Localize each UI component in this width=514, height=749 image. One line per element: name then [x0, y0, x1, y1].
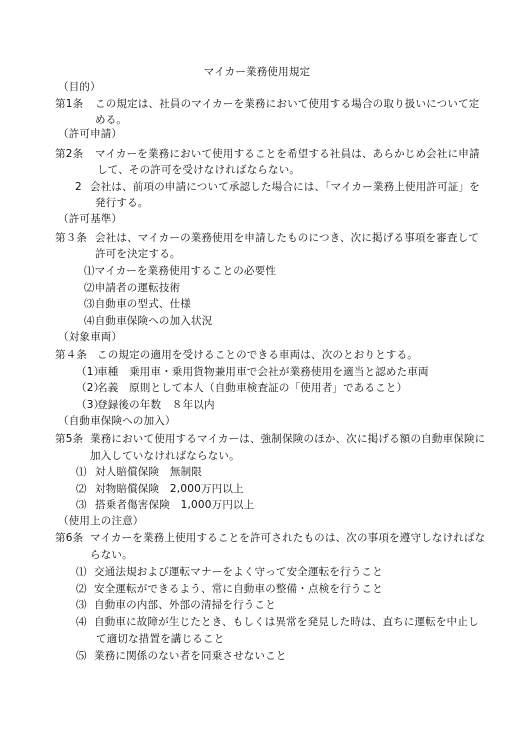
- article-number: 第2条: [55, 147, 83, 161]
- article-number: 第３条: [55, 231, 87, 245]
- article-text: 会社は、マイカーの業務使用を申請したものにつき、次に掲げる事項を審査して: [95, 231, 479, 245]
- list-item: 交通法規および運転マナーをよく守って安全運転を行うこと: [94, 565, 383, 579]
- article-text: らない。: [90, 548, 133, 562]
- list-item-number: ⑴: [76, 565, 87, 579]
- list-item-number: ⑶: [76, 498, 87, 512]
- list-item: 対物賠償保険 2,000万円以上: [95, 482, 244, 496]
- list-item-continuation: て適切な措置を講じること: [96, 632, 224, 646]
- list-item: 業務に関係のない者を同乗させないこと: [94, 649, 287, 663]
- list-item: ⑷自動車保険への加入状況: [84, 314, 212, 328]
- list-item: 搭乗者傷害保険 1,000万円以上: [95, 498, 254, 512]
- list-item: 自動車の内部、外部の清掃を行うこと: [94, 598, 276, 612]
- list-item-number: ⑷: [76, 615, 87, 629]
- list-item: ⑶自動車の型式、仕様: [84, 297, 191, 311]
- list-item-number: ⑶: [76, 598, 87, 612]
- paragraph-text: 発行する。: [95, 196, 149, 210]
- article-number: 第6条: [55, 531, 83, 545]
- article-text: この規定は、社員のマイカーを業務において使用する場合の取り扱いについて定: [95, 97, 479, 111]
- list-item: 安全運転ができるよう、常に自動車の整備・点検を行うこと: [94, 582, 383, 596]
- paragraph-text: 会社は、前項の申請について承認した場合には、「マイカー業務上使用許可証」を: [90, 180, 480, 194]
- article-text: マイカーを業務において使用することを希望する社員は、あらかじめ会社に申請: [95, 147, 480, 161]
- section-heading: （許可基準）: [58, 212, 122, 226]
- article-text: 業務において使用するマイカーは、強制保険のほか、次に掲げる額の自動車保険に: [90, 432, 485, 446]
- list-item-number: ⑸: [76, 649, 87, 663]
- section-heading: （許可申請）: [58, 127, 122, 141]
- list-item-number: ⑵: [76, 482, 87, 496]
- list-item-number: ⑵: [76, 582, 87, 596]
- section-heading: （目的）: [58, 80, 101, 94]
- article-text: して、その許可を受けなければならない。: [97, 163, 300, 177]
- list-item: ⑵申請者の運転技術: [84, 281, 180, 295]
- list-item-number: ⑴: [76, 465, 87, 479]
- section-heading: （自動車保険への加入）: [58, 414, 176, 428]
- list-item: 自動車に故障が生じたとき、もしくは異常を発見した時は、直ちに運転を中止し: [94, 615, 479, 629]
- article-text: マイカーを業務上使用することを許可されたものは、次の事項を遵守しなければな: [90, 531, 485, 545]
- paragraph-number: 2: [75, 180, 82, 194]
- article-number: 第４条: [55, 348, 87, 362]
- article-text: この規定の適用を受けることのできる車両は、次のとおりとする。: [97, 348, 418, 362]
- list-item: ⑴マイカーを業務使用することの必要性: [84, 264, 276, 278]
- article-text: 加入していなければならない。: [90, 449, 240, 463]
- list-item: 車種 乗用車・乗用貨物兼用車で会社が業務使用を適当と認めた車両: [97, 365, 429, 379]
- list-item: 名義 原則として本人（自動車検査証の「使用者」であること）: [97, 381, 407, 395]
- article-number: 第5条: [55, 432, 83, 446]
- section-heading: （使用上の注意）: [58, 514, 144, 528]
- document-title: マイカー業務使用規定: [0, 65, 514, 79]
- article-text: 許可を決定する。: [95, 247, 181, 261]
- section-heading: （対象車両）: [58, 330, 122, 344]
- list-item: 登録後の年数 ８年以内: [97, 398, 215, 412]
- list-item: 対人賠償保険 無制限: [95, 465, 202, 479]
- article-number: 第1条: [55, 97, 83, 111]
- article-text: める。: [95, 113, 127, 127]
